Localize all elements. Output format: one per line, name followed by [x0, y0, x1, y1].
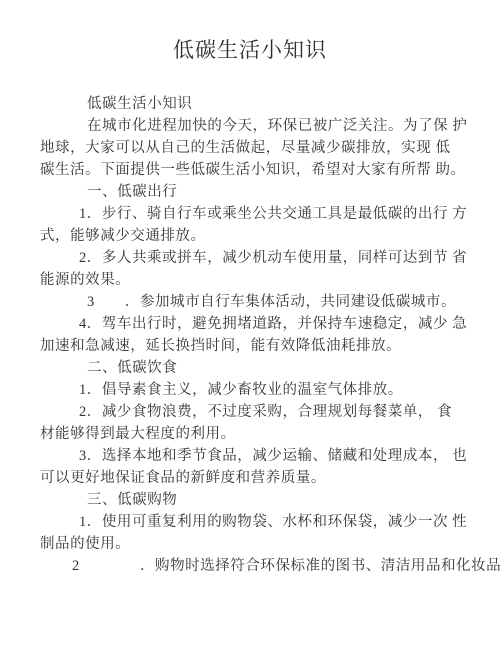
list-item-line: 2 ．购物时选择符合环保标准的图书、清洁用品和化妆品，: [40, 555, 464, 577]
document-body: 低碳生活小知识 在城市化进程加快的今天，环保已被广泛关注。为了保 护 地球，大家…: [0, 93, 500, 577]
list-item-line: 3 ．参加城市自行车集体活动，共同建设低碳城市。: [40, 291, 464, 313]
list-item-line: 制品的使用。: [40, 533, 464, 555]
list-item-line: 1．倡导素食主义，减少畜牧业的温室气体排放。: [40, 379, 464, 401]
list-item-line: 4．驾车出行时，避免拥堵道路，并保持车速稳定，减少 急: [40, 313, 464, 335]
list-item-line: 2．多人共乘或拼车，减少机动车使用量，同样可达到节 省: [40, 247, 464, 269]
list-item-line: 加速和急减速，延长换挡时间，能有效降低油耗排放。: [40, 335, 464, 357]
list-item-line: 能源的效果。: [40, 269, 464, 291]
subtitle-line: 低碳生活小知识: [40, 93, 464, 115]
list-item-line: 1．步行、骑自行车或乘坐公共交通工具是最低碳的出行 方: [40, 203, 464, 225]
list-item-line: 2．减少食物浪费，不过度采购，合理规划每餐菜单， 食: [40, 401, 464, 423]
list-item-line: 材能够得到最大程度的利用。: [40, 423, 464, 445]
section-heading-travel: 一、低碳出行: [40, 181, 464, 203]
document-title: 低碳生活小知识: [0, 36, 500, 64]
intro-line: 在城市化进程加快的今天，环保已被广泛关注。为了保 护: [40, 115, 464, 137]
section-heading-diet: 二、低碳饮食: [40, 357, 464, 379]
section-heading-shopping: 三、低碳购物: [40, 489, 464, 511]
list-item-line: 可以更好地保证食品的新鲜度和营养质量。: [40, 467, 464, 489]
list-item-line: 式，能够减少交通排放。: [40, 225, 464, 247]
intro-line: 地球，大家可以从自己的生活做起，尽量减少碳排放，实现 低: [40, 137, 464, 159]
list-item-line: 3．选择本地和季节食品，减少运输、储藏和处理成本， 也: [40, 445, 464, 467]
document-page: 低碳生活小知识 低碳生活小知识 在城市化进程加快的今天，环保已被广泛关注。为了保…: [0, 0, 500, 647]
intro-line: 碳生活。下面提供一些低碳生活小知识，希望对大家有所帮 助。: [40, 159, 464, 181]
list-item-line: 1．使用可重复利用的购物袋、水杯和环保袋，减少一次 性: [40, 511, 464, 533]
